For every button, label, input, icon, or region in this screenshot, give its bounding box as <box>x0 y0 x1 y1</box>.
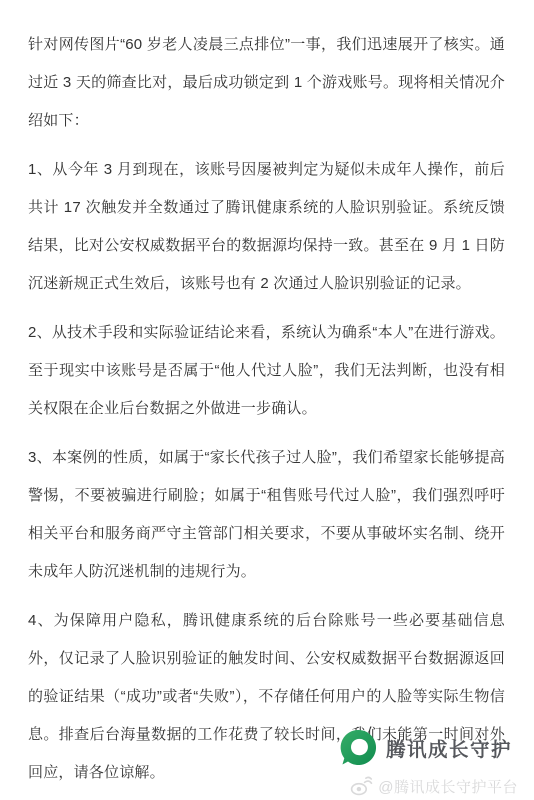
statement-paragraph-2: 2、从技术手段和实际验证结论来看，系统认为确系“本人”在进行游戏。至于现实中该账… <box>28 314 505 428</box>
weibo-icon <box>350 776 373 796</box>
brand-footer: 腾讯成长守护 <box>340 729 512 766</box>
statement-paragraph-1: 1、从今年 3 月到现在，该账号因屡被判定为疑似未成年人操作，前后共计 17 次… <box>28 151 505 303</box>
watermark-text: @腾讯成长守护平台 <box>378 776 518 797</box>
statement-page: 针对网传图片“60 岁老人凌晨三点排位”一事，我们迅速展开了核实。通过近 3 天… <box>0 0 534 800</box>
statement-text: 针对网传图片“60 岁老人凌晨三点排位”一事，我们迅速展开了核实。通过近 3 天… <box>28 26 505 800</box>
statement-paragraph-3: 3、本案例的性质，如属于“家长代孩子过人脸”，我们希望家长能够提高警惕，不要被骗… <box>28 439 505 591</box>
weibo-watermark: @腾讯成长守护平台 <box>350 776 518 796</box>
intro-paragraph: 针对网传图片“60 岁老人凌晨三点排位”一事，我们迅速展开了核实。通过近 3 天… <box>28 26 505 140</box>
brand-name: 腾讯成长守护 <box>386 734 512 762</box>
tencent-guardian-logo-icon <box>340 729 377 766</box>
